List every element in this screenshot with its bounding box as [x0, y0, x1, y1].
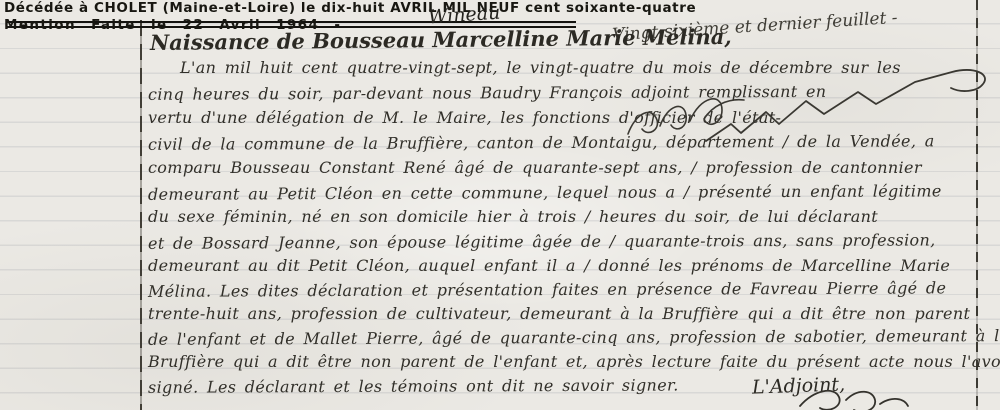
margin-mention-death-line: Décédée à CHOLET (Maine-et-Loire) le dix… — [4, 0, 696, 16]
act-body-line: demeurant au dit Petit Cléon, auquel enf… — [148, 256, 980, 276]
act-body-line: cinq heures du soir, par-devant nous Bau… — [148, 81, 980, 105]
act-title: Naissance de Bousseau Marcelline Marie M… — [150, 24, 732, 55]
act-body-line: signé. Les déclarant et les témoins ont … — [148, 374, 980, 398]
act-body-line: du sexe féminin, né en son domicile hier… — [148, 207, 980, 227]
act-body-line: de l'enfant et de Mallet Pierre, âgé de … — [148, 326, 980, 350]
act-body-line: et de Bossard Jeanne, son épouse légitim… — [148, 230, 980, 254]
act-body-line: civil de la commune de la Bruffière, can… — [148, 131, 980, 155]
act-body-line: Bruffière qui a dit être non parent de l… — [148, 352, 980, 372]
scanned-birth-register-page: Décédée à CHOLET (Maine-et-Loire) le dix… — [0, 0, 1000, 410]
closing-l-adjoint: L'Adjoint, — [752, 373, 846, 398]
act-body-line: vertu d'une délégation de M. le Maire, l… — [148, 108, 980, 128]
act-body-line: trente-huit ans, profession de cultivate… — [148, 304, 980, 324]
act-body-line: demeurant au Petit Cléon en cette commun… — [148, 181, 980, 205]
act-body-line: comparu Bousseau Constant René âgé de qu… — [148, 158, 980, 178]
act-body-line: Mélina. Les dites déclaration et présent… — [148, 278, 980, 302]
left-margin-rule — [140, 20, 142, 410]
act-body-line: L'an mil huit cent quatre-vingt-sept, le… — [148, 58, 1000, 78]
